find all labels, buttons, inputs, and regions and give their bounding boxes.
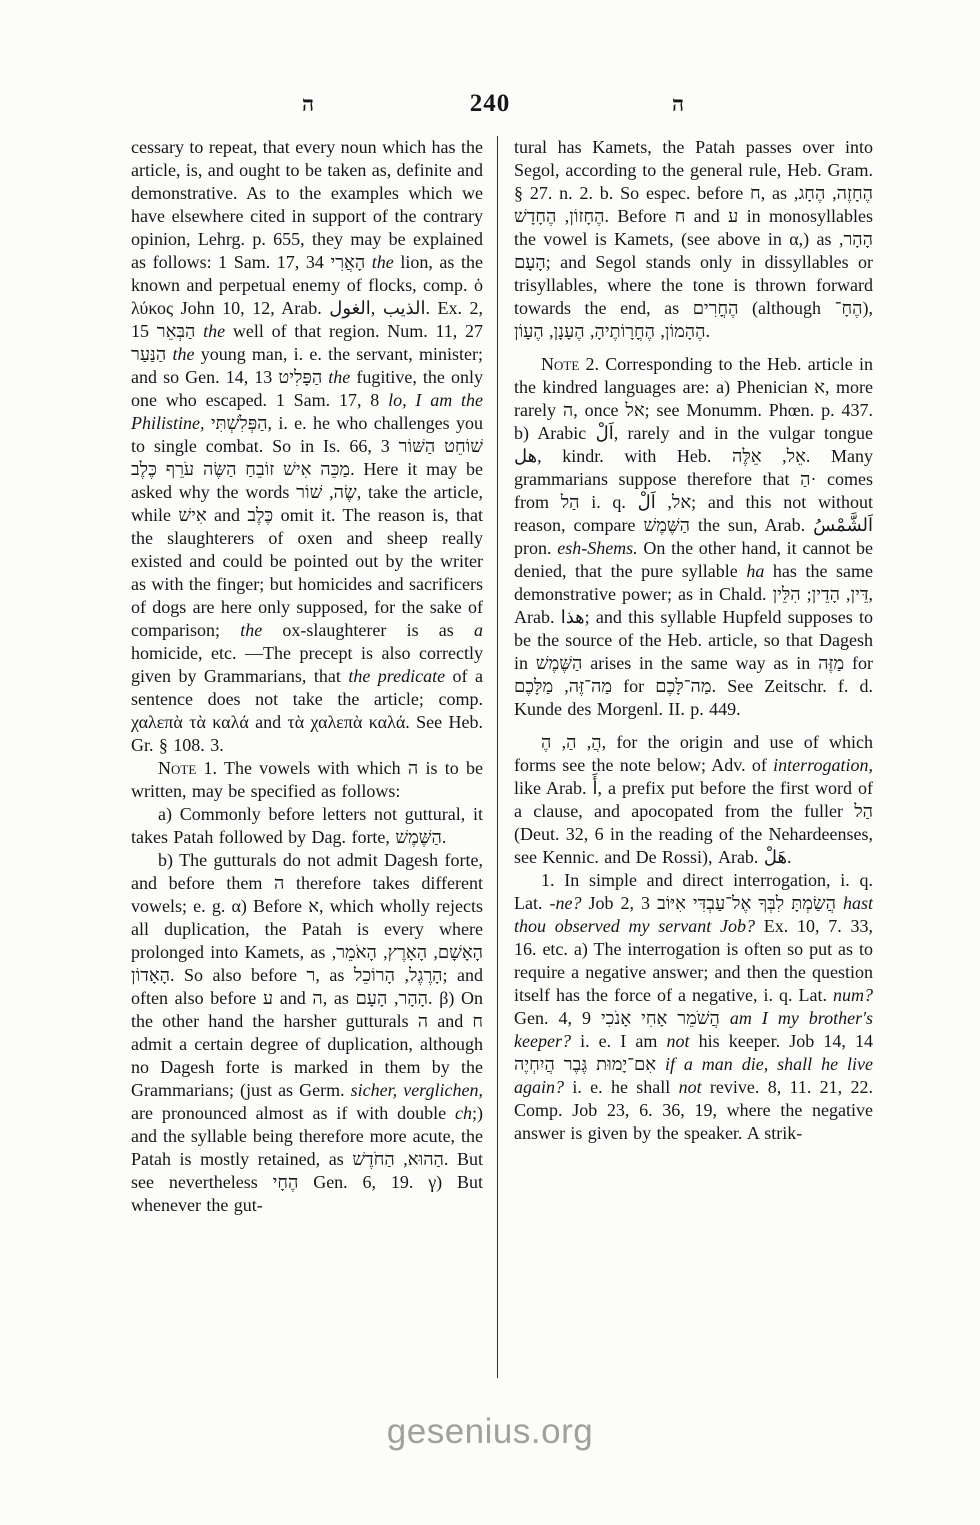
paragraph: 1. In simple and direct interrogation, i… (514, 869, 873, 1145)
paragraph: a) Commonly before letters not guttural,… (131, 803, 483, 849)
running-head-keyword-right: ה (672, 92, 684, 117)
paragraph: tural has Kamets, the Patah passes over … (514, 136, 873, 343)
scanned-lexicon-page: ה 240 ה cessary to repeat, that every no… (0, 0, 980, 1525)
paragraph: b) The gutturals do not admit Dagesh for… (131, 849, 483, 1217)
paragraph: Note 2. Corresponding to the Heb. articl… (514, 353, 873, 721)
left-column: cessary to repeat, that every noun which… (131, 136, 497, 1378)
right-column: tural has Kamets, the Patah passes over … (497, 136, 873, 1378)
paragraph: Note 1. The vowels with which ה is to be… (131, 757, 483, 803)
running-head: ה 240 ה (0, 90, 980, 126)
paragraph: cessary to repeat, that every noun which… (131, 136, 483, 757)
paragraph: הֲ, הַ, הֶ, for the origin and use of wh… (514, 731, 873, 869)
page-number: 240 (0, 90, 980, 118)
watermark: gesenius.org (0, 1412, 980, 1452)
text-columns: cessary to repeat, that every noun which… (131, 136, 873, 1378)
